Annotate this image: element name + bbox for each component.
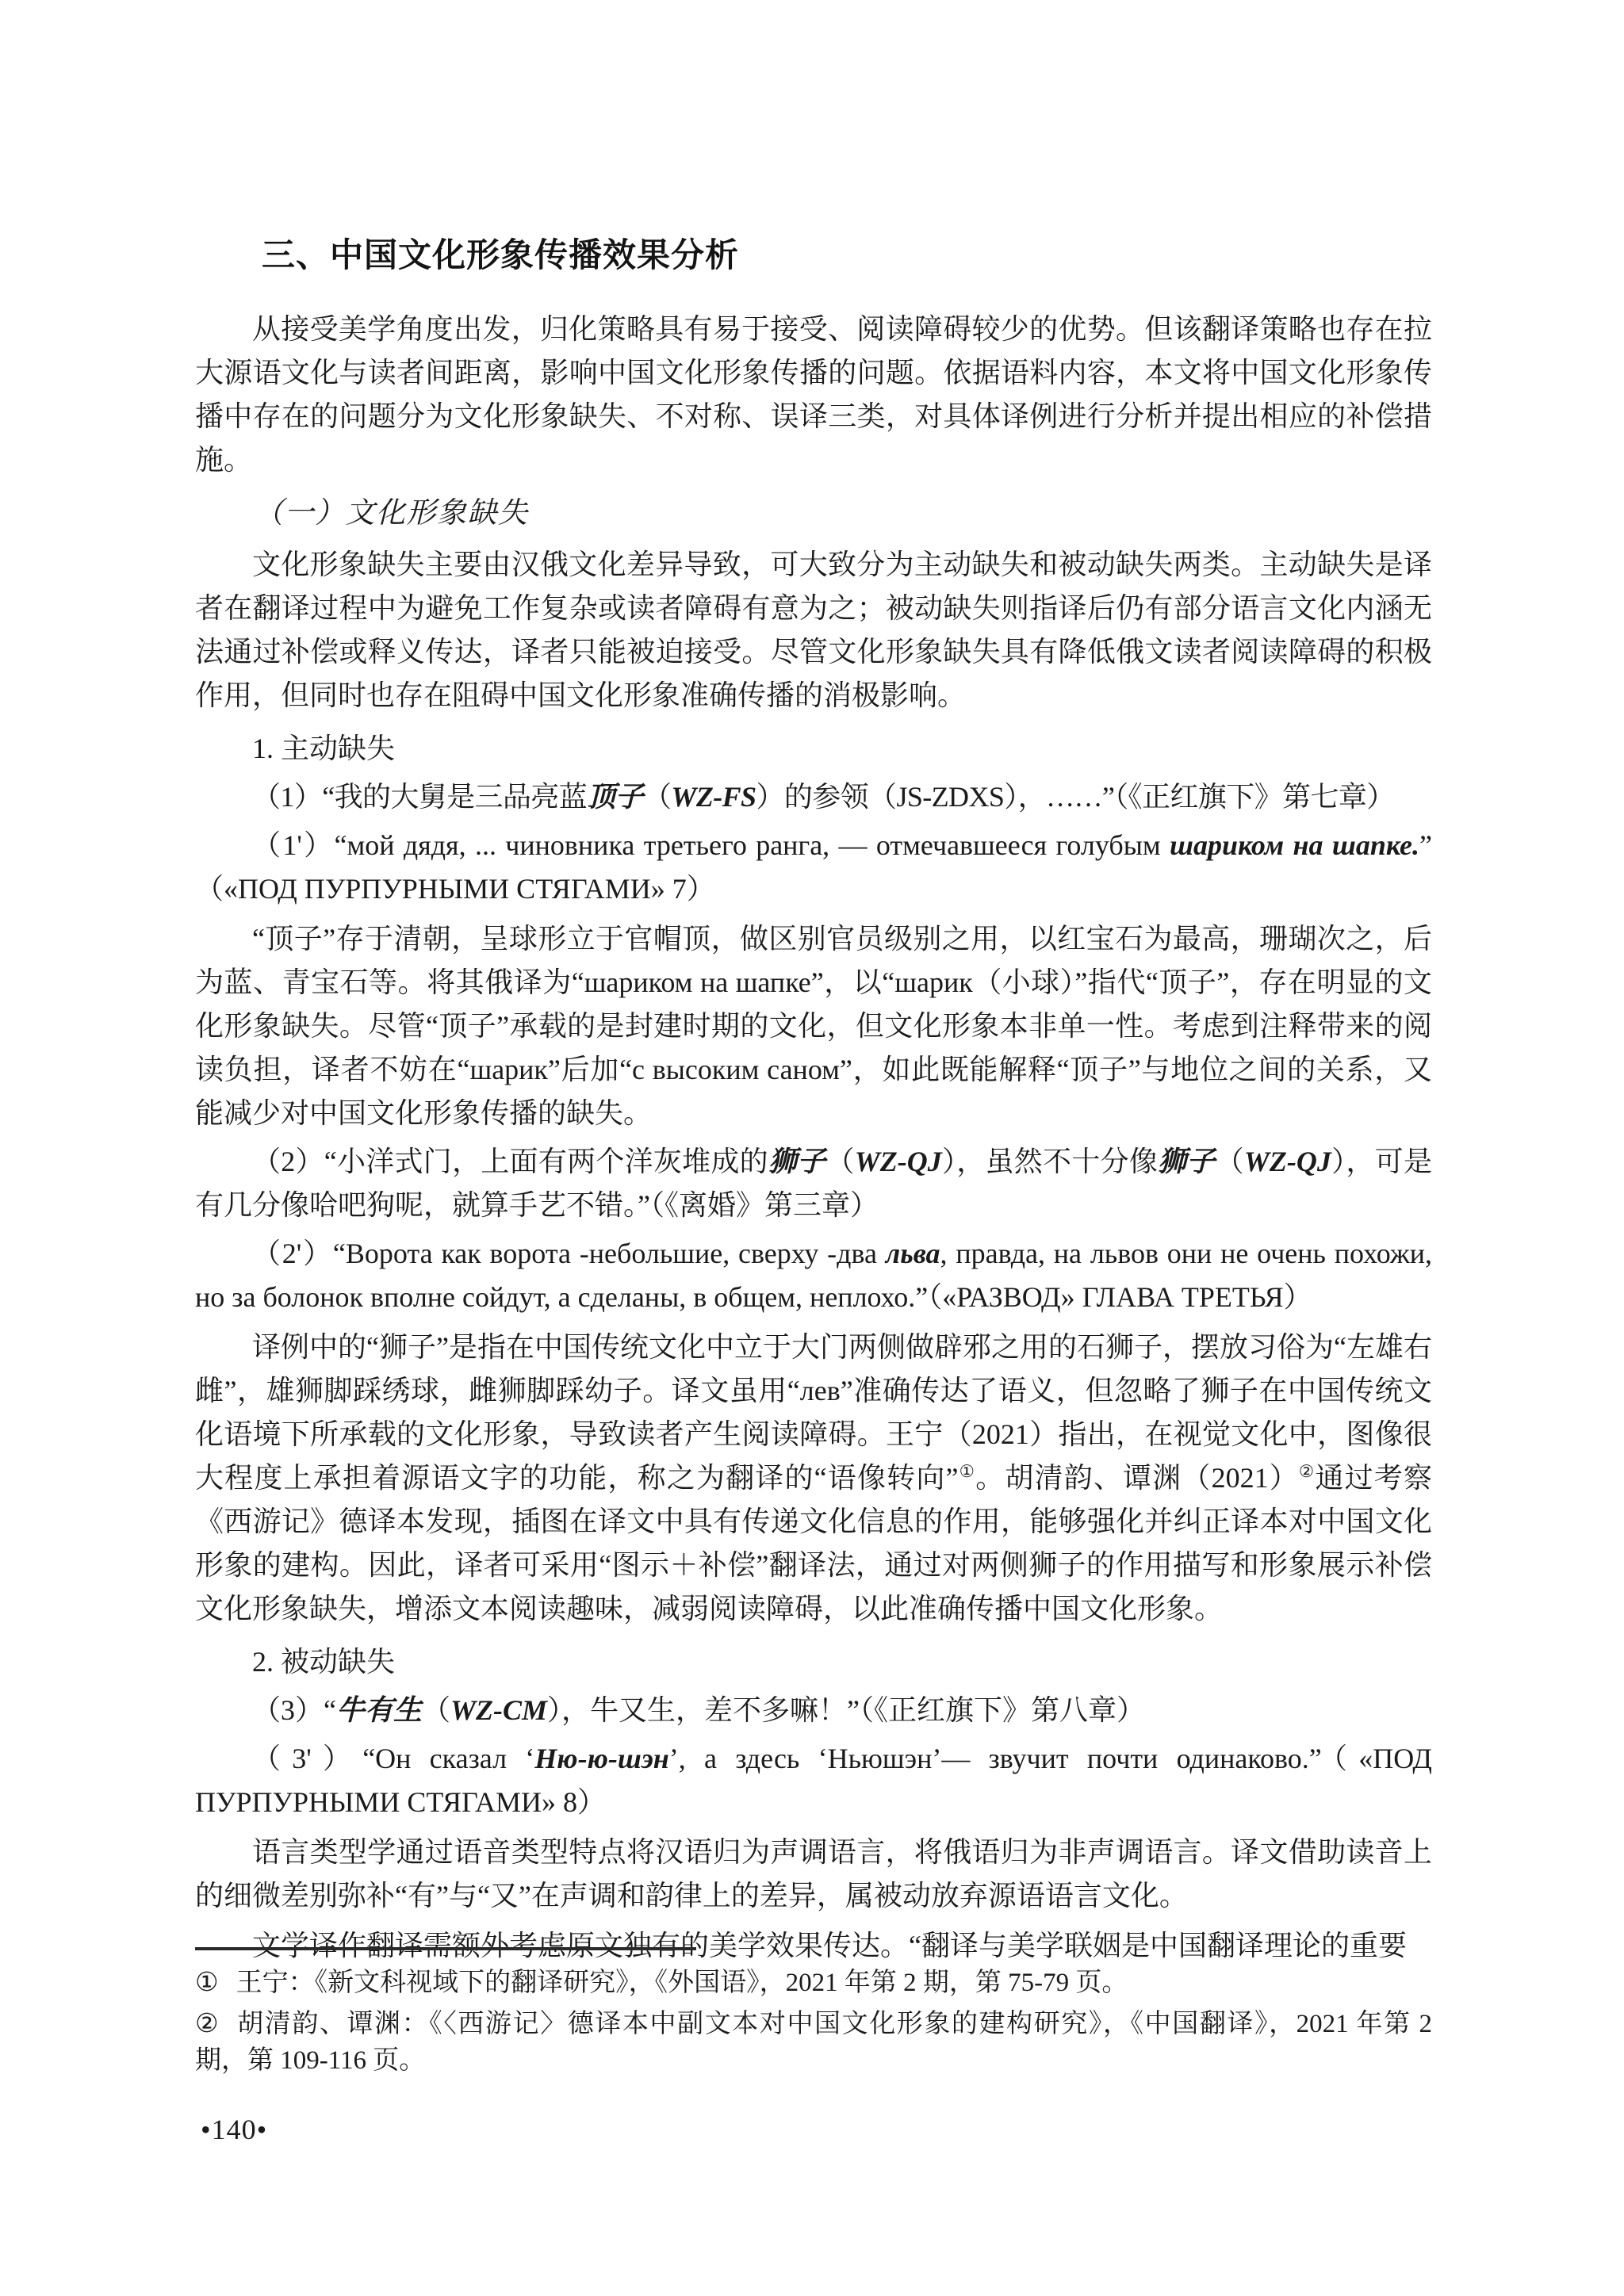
text-run: WZ-QJ <box>1244 1146 1331 1177</box>
footnote-text: 王宁：《新文科视域下的翻译研究》，《外国语》，2021 年第 2 期，第 75-… <box>236 1969 1128 1997</box>
example-1-translation: （1'）“мой дядя, ... чиновника третьего ра… <box>195 824 1432 911</box>
footnotes: ①王宁：《新文科视域下的翻译研究》，《外国语》，2021 年第 2 期，第 75… <box>195 1947 1432 2084</box>
text-run: 顶子 <box>587 781 643 813</box>
text-run: 。胡清韵、谭渊（2021） <box>975 1462 1299 1494</box>
text-run: 文化形象缺失主要由汉俄文化差异导致，可大致分为主动缺失和被动缺失两类。主动缺失是… <box>195 549 1432 711</box>
example-3: （3）“牛有生（WZ-CM），牛又生，差不多嘛！”（《正红旗下》第八章） <box>195 1689 1432 1732</box>
text-run: ），牛又生，差不多嘛！”（《正红旗下》第八章） <box>547 1694 1145 1726</box>
text-run: 从接受美学角度出发，归化策略具有易于接受、阅读障碍较少的优势。但该翻译策略也存在… <box>195 313 1432 476</box>
text-run: （ <box>643 781 671 813</box>
text-run: 狮子 <box>1158 1146 1216 1177</box>
footnote-ref: ① <box>958 1462 975 1481</box>
example-2-translation: （2'）“Ворота как ворота -небольшие, сверх… <box>195 1232 1432 1319</box>
text-run: （ <box>825 1146 854 1177</box>
paragraph-phonology: 语言类型学通过语音类型特点将汉语归为声调语言，将俄语归为非声调语言。译文借助读音… <box>195 1831 1432 1918</box>
footnote-list: ①王宁：《新文科视域下的翻译研究》，《外国语》，2021 年第 2 期，第 75… <box>195 1965 1432 2079</box>
document-page: 三、中国文化形象传播效果分析从接受美学角度出发，归化策略具有易于接受、阅读障碍较… <box>0 0 1624 2296</box>
text-run: （1）“我的大舅是三品亮蓝 <box>252 781 587 813</box>
text-run: 2. 被动缺失 <box>252 1646 395 1678</box>
footnote-separator <box>195 1947 696 1950</box>
text-run: WZ-CM <box>450 1694 547 1726</box>
text-run: （3'）“Он сказал ‘ <box>252 1743 534 1774</box>
text-run: льва <box>886 1238 940 1269</box>
paragraph-lion-analysis: 译例中的“狮子”是指在中国传统文化中立于大门两侧做辟邪之用的石狮子，摆放习俗为“… <box>195 1326 1432 1631</box>
footnote-marker: ① <box>195 1969 219 1997</box>
text-run: （2'）“Ворота как ворота -небольшие, сверх… <box>252 1238 886 1269</box>
footnote-item: ②胡清韵、谭渊：《〈西游记〉德译本中副文本对中国文化形象的建构研究》，《中国翻译… <box>195 2006 1432 2079</box>
text-run: 三、中国文化形象传播效果分析 <box>262 236 739 274</box>
document-body: 三、中国文化形象传播效果分析从接受美学角度出发，归化策略具有易于接受、阅读障碍较… <box>195 232 1432 1968</box>
example-2: （2）“小洋式门，上面有两个洋灰堆成的狮子（WZ-QJ），虽然不十分像狮子（WZ… <box>195 1140 1432 1227</box>
text-run: 牛有生 <box>336 1694 422 1726</box>
text-run: 语言类型学通过语音类型特点将汉语归为声调语言，将俄语归为非声调语言。译文借助读音… <box>195 1836 1432 1911</box>
text-run: （2）“小洋式门，上面有两个洋灰堆成的 <box>252 1146 768 1177</box>
text-run: WZ-FS <box>671 781 756 813</box>
text-run: “顶子”存于清朝，呈球形立于官帽顶，做区别官员级别之用，以红宝石为最高，珊瑚次之… <box>195 923 1432 1129</box>
text-run: Ню-ю-шэн <box>534 1743 668 1774</box>
paragraph-definition: 文化形象缺失主要由汉俄文化差异导致，可大致分为主动缺失和被动缺失两类。主动缺失是… <box>195 543 1432 717</box>
subsection-heading-1: （一）文化形象缺失 <box>195 492 1432 535</box>
text-run: ）的参领（JS-ZDXS），……”（《正红旗下》第七章） <box>756 781 1394 813</box>
text-run: 狮子 <box>768 1146 826 1177</box>
subhead-passive-loss: 2. 被动缺失 <box>195 1640 1432 1684</box>
paragraph-intro: 从接受美学角度出发，归化策略具有易于接受、阅读障碍较少的优势。但该翻译策略也存在… <box>195 308 1432 482</box>
paragraph-dingzi-analysis: “顶子”存于清朝，呈球形立于官帽顶，做区别官员级别之用，以红宝石为最高，珊瑚次之… <box>195 917 1432 1135</box>
footnote-marker: ② <box>195 2010 220 2038</box>
section-heading: 三、中国文化形象传播效果分析 <box>195 232 1432 279</box>
text-run: （1'）“мой дядя, ... чиновника третьего ра… <box>252 829 1170 861</box>
subhead-active-loss: 1. 主动缺失 <box>195 727 1432 771</box>
footnote-text: 胡清韵、谭渊：《〈西游记〉德译本中副文本对中国文化形象的建构研究》，《中国翻译》… <box>195 2010 1432 2075</box>
text-run: （ <box>1216 1146 1244 1177</box>
text-run: ），虽然不十分像 <box>942 1146 1158 1177</box>
text-run: （3）“ <box>252 1694 336 1726</box>
footnote-item: ①王宁：《新文科视域下的翻译研究》，《外国语》，2021 年第 2 期，第 75… <box>195 1965 1432 2001</box>
text-run: 1. 主动缺失 <box>252 733 395 764</box>
example-1: （1）“我的大舅是三品亮蓝顶子（WZ-FS）的参领（JS-ZDXS），……”（《… <box>195 775 1432 819</box>
footnote-ref: ② <box>1299 1462 1316 1481</box>
example-3-translation: （3'）“Он сказал ‘Ню-ю-шэн’, а здесь ‘Ньюш… <box>195 1737 1432 1824</box>
page-number: •140• <box>201 2112 267 2147</box>
text-run: （一）文化形象缺失 <box>254 497 529 530</box>
text-run: （ <box>422 1694 450 1726</box>
text-run: шариком на шапке. <box>1170 829 1419 861</box>
text-run: WZ-QJ <box>855 1146 942 1177</box>
